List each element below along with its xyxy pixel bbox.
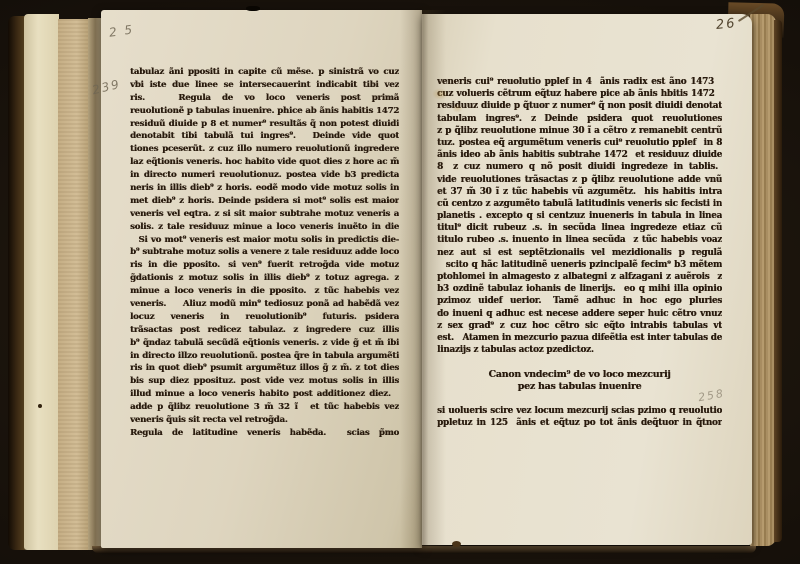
text-line: cuz volueris cẽtrum eq̃tuz habere pice a… [437,88,722,100]
text-line: reuolutionẽ p tabulas inuenire. phice ab… [130,105,399,118]
text-line: illud minue a loco veneris habito post a… [130,388,399,401]
text-line: ris in quot dieb⁹ psumit argumẽtuz illos… [130,362,399,375]
book-cover-right-edge [774,20,782,542]
text-line: minue a loco veneris in die pposito. z t… [130,285,399,298]
text-line: trãsactas post redicez tabulaz. z ingred… [130,324,399,337]
text-line: ptohlomei in almagesto z albategni z alf… [437,271,722,283]
text-line: veneris cui⁹ reuolutio pplef in 4 ãnis r… [437,76,722,88]
text-line: pez has tabulas inuenire [437,381,722,393]
text-line: titulo rubeo .s. inuento in linea secũda… [437,234,722,246]
text-line: ris. Regula de vo loco veneris post prim… [130,92,399,105]
text-line: tiones pceserũt. z cuz illo numero reuol… [130,143,399,156]
text-line: z p q̃libz reuolutione minue 30 ĩ a cẽtr… [437,125,722,137]
text-line: locuz veneris in reuolutionib⁹ futuris. … [130,311,399,324]
text-line: vide reuolutiones trãsactas z p q̃libz r… [437,174,722,186]
text-line: g̃dationis z motuz solis in illis dieb⁹ … [130,272,399,285]
text-line: b⁹ q̃ndaz tabulã secũdã eq̃tionis veneri… [130,337,399,350]
text-line: residuũ diuide p 8 et numer⁹ resultãs q̃… [130,118,399,131]
text-line: residuuz diuide p q̃tuor z numer⁹ q̃ non… [437,100,722,112]
handwritten-folio-number-right: 26 [715,16,737,33]
left-page: tabulaz ãni ppositi in capite cũ mẽse. p… [101,10,422,548]
photo-backdrop: tabulaz ãni ppositi in capite cũ mẽse. p… [0,0,800,564]
right-page-text: veneris cui⁹ reuolutio pplef in 4 ãnis r… [437,76,722,429]
text-line: in directo illzo reuolutionũ. postea q̃r… [130,350,399,363]
text-line: pzimoz uidef uerior. Tamẽ adhuc in hoc e… [437,295,722,307]
text-line: Si vo mot⁹ veneris est maior motu solis … [130,234,399,247]
text-line: tuz. postea eq̃ argumẽtum veneris cui⁹ r… [437,137,722,149]
page-edges-stack-cream [24,14,59,550]
page-edges-stack-tan [58,19,89,550]
text-line: z sex grad⁹ z cuz hoc cẽtro sic eq̃to in… [437,320,722,332]
text-line: Canon vndecim⁹ de vo loco mezcurij [437,369,722,381]
fore-edge-right [750,14,776,546]
text-line: tabulam ingres⁹. z Deinde psidera quot r… [437,113,722,125]
text-line: scito q hãc latitudinẽ ueneris pzincipal… [437,259,722,271]
book-cover-left-edge [8,16,25,550]
text-line: vbi iste due linee se intersecauerint in… [130,79,399,92]
text-line: bis sup diez pposituz. post vide vez mot… [130,375,399,388]
text-line: Regula de latitudine veneris habẽda. sci… [130,427,399,440]
text-line: planetis . excepto q si centzuz inueneri… [437,210,722,222]
text-line: ppletuz in 125 ãnis et eq̃tuz po tot ãni… [437,417,722,429]
text-line: si uolueris scire vez locum mezcurij sci… [437,405,722,417]
text-line: veneris. Aliuz modũ min⁹ tediosuz ponã a… [130,298,399,311]
text-line: do inueni q adhuc est necese addere sepe… [437,308,722,320]
text-line: linazijs z tabulas actoz pzedictoz. [437,344,722,356]
text-line: veneris vel eqtra. z si sit maior subtra… [130,208,399,221]
text-line: titul⁹ dicit rubeuz .s. in secũda linea … [437,222,722,234]
text-line: cũ centzo z azgumẽto tabulã latitudinis … [437,198,722,210]
left-page-text: tabulaz ãni ppositi in capite cũ mẽse. p… [130,66,399,440]
text-line [437,356,722,368]
text-line: veneris q̃uis sit recta vel retrog̃da. [130,414,399,427]
text-line: solis. z tale residuuz minue a loco vene… [130,221,399,234]
text-line: b3 ozdinẽ tabulaz iohanis de linerijs. e… [437,283,722,295]
text-line: est. Atamen in mezcurio pazua difeẽtia e… [437,332,722,344]
text-line: denotabit tibi tabulã tui ingres⁹. Deind… [130,130,399,143]
text-line: adde p q̃libz reuolutione 3 m̃ 32 ĩ et t… [130,401,399,414]
text-line: tabulaz ãni ppositi in capite cũ mẽse. p… [130,66,399,79]
text-line: nez aut si est septẽtzionaiis vel mezidi… [437,247,722,259]
text-line: et 37 m̃ 30 ĩ z tũc habebis vũ azgumẽtz.… [437,186,722,198]
text-line: neris in illis dieb⁹ z horis. eodẽ modo … [130,182,399,195]
text-line: 8 z cuz numero q nõ posit diuidi ingrede… [437,161,722,173]
text-line: ãnis ideo ab ãnis habitis subtrahe 1472 … [437,149,722,161]
text-line: laz eq̃tionis veneris. hoc habito vide q… [130,156,399,169]
text-line: b⁹ subtrahe motuz solis a venere z tale … [130,246,399,259]
text-line: in directo numeri reuolutionuz. postea v… [130,169,399,182]
text-line [437,393,722,405]
text-line: ris in die pposito. si ven⁹ fuerit retro… [130,259,399,272]
text-line: met dieb⁹ z horis. Deinde psidera si mot… [130,195,399,208]
right-page: veneris cui⁹ reuolutio pplef in 4 ãnis r… [422,14,752,545]
